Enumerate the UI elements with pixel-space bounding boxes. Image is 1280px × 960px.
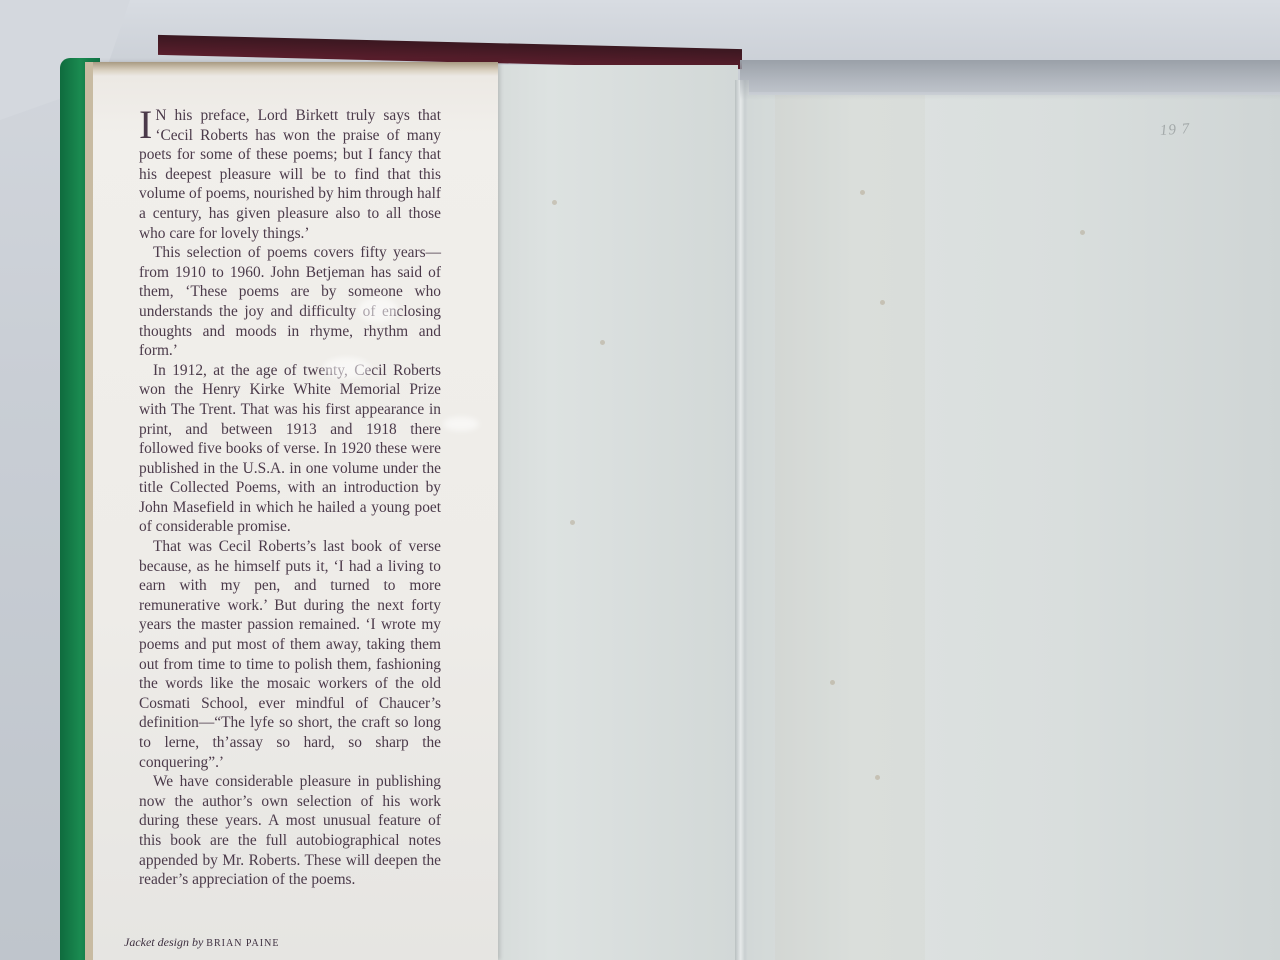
blurb-paragraph: In 1912, at the age of twenty, Cecil Rob… [139, 361, 441, 537]
foxing-spot [1080, 230, 1085, 235]
foxing-spot [875, 775, 880, 780]
blurb-paragraph: That was Cecil Roberts’s last book of ve… [139, 537, 441, 772]
blurb-paragraph: IN his preface, Lord Birkett truly says … [139, 106, 441, 243]
foxing-spot [570, 520, 575, 525]
foxing-spot [600, 340, 605, 345]
blurb-paragraph: We have considerable pleasure in publish… [139, 772, 441, 890]
blurb-paragraph: This selection of poems covers fifty yea… [139, 243, 441, 361]
book-gutter [735, 80, 749, 960]
endpaper-left [470, 65, 738, 960]
light-glare [443, 417, 479, 431]
foxing-spot [860, 190, 865, 195]
flap-foxing-edge [93, 62, 498, 76]
drop-cap: I [139, 108, 152, 142]
flap-blurb: IN his preface, Lord Birkett truly says … [139, 106, 441, 890]
foxing-spot [830, 680, 835, 685]
credit-prefix: Jacket design by [124, 935, 203, 949]
jacket-credit: Jacket design by Brian Paine [124, 935, 279, 950]
endpaper-toning-band [775, 95, 925, 960]
top-shadow [740, 60, 1280, 100]
foxing-spot [880, 300, 885, 305]
foxing-spot [552, 200, 557, 205]
light-glare [358, 297, 398, 323]
dust-jacket-flap: IN his preface, Lord Birkett truly says … [85, 62, 498, 960]
credit-name: Brian Paine [206, 938, 279, 949]
light-glare [323, 357, 371, 379]
pencil-annotation: 19 7 [1159, 121, 1190, 140]
